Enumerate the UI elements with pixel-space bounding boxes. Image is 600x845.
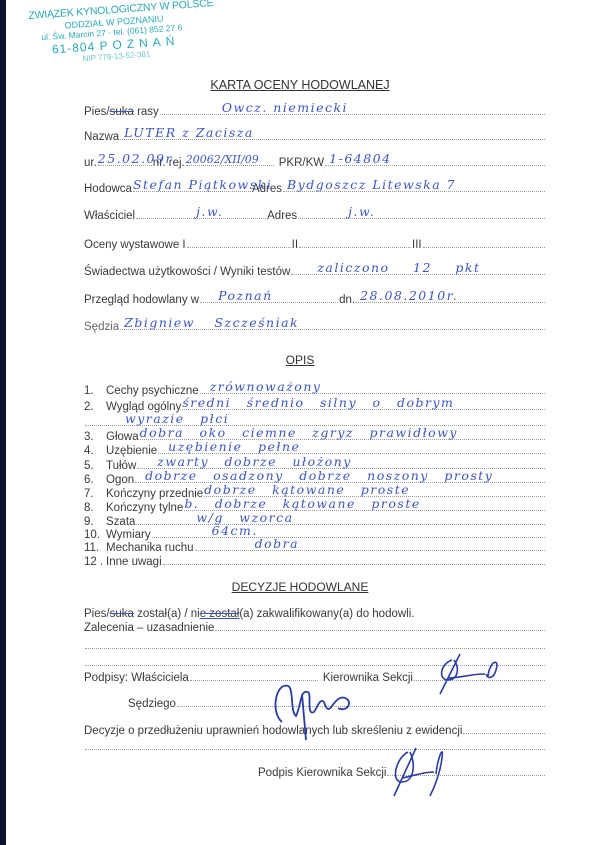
pkr-label: PKR/KW: [279, 157, 324, 169]
breed-label-rest: rasy: [134, 106, 159, 118]
judge-signature-label: Sędziego: [128, 698, 176, 710]
opis-item-value[interactable]: zrównoważony: [210, 379, 322, 394]
opis-item-value[interactable]: średni średnio silny o dobrym: [182, 395, 454, 410]
owner-address-label: Adres: [267, 210, 297, 222]
pkr-value[interactable]: 1-64804: [329, 151, 391, 166]
review-date-value[interactable]: 28.08.2010r.: [360, 288, 458, 303]
opis-item-value[interactable]: zwarty dobrze ułożony: [157, 454, 352, 469]
opis-item-value[interactable]: dobra oko ciemne zgryz prawidłowy: [140, 425, 458, 440]
field-birth-registration: ur. 25.02.09r. nr. rej. 20062/XII/09 PKR…: [84, 153, 546, 169]
recommendations-label: Zalecenia – uzasadnienie: [84, 622, 214, 634]
show-ratings-label: Oceny wystawowe I: [84, 239, 186, 251]
show-rating-3[interactable]: [423, 235, 545, 248]
opis-item-name: Inne uwagi: [106, 556, 162, 568]
decisions-heading: DECYZJE HODOWLANE: [0, 580, 600, 594]
opis-item-number: 2.: [84, 401, 106, 413]
review-label: Przegląd hodowlany w: [84, 294, 199, 306]
signatures-owner-label: Podpisy: Właściciela: [84, 672, 189, 684]
opis-item-value[interactable]: dobrze osadzony dobrze noszony prosty: [145, 468, 493, 483]
opis-item-label: 12 .Inne uwagi: [84, 556, 162, 568]
opis-item-value[interactable]: b. dobrze kątowane proste: [184, 496, 420, 511]
breeder-address-value[interactable]: Bydgoszcz Litewska 7: [287, 177, 456, 192]
name-value[interactable]: LUTER z Zacisza: [124, 125, 254, 140]
organization-stamp: ZWIĄZEK KYNOLOGICZNY W POLSCE ODDZIAŁ W …: [28, 0, 201, 65]
field-certificates: Świadectwa użytkowości / Wyniki testów z…: [84, 262, 546, 278]
page-title: KARTA OCENY HODOWLANEJ: [0, 78, 600, 92]
breed-value[interactable]: Owcz. niemiecki: [222, 100, 348, 115]
opis-item-number: 1.: [84, 385, 106, 397]
opis-item-value[interactable]: wyrazie płci: [125, 411, 229, 426]
opis-item: 12 .Inne uwagi: [84, 552, 546, 568]
show-rating-2[interactable]: [299, 235, 411, 248]
opis-item-value[interactable]: uzębienie pełne: [168, 439, 300, 454]
name-label: Nazwa: [84, 131, 119, 143]
show-ratings-label-3: III: [412, 239, 422, 251]
extension-input[interactable]: [463, 721, 545, 734]
judge-signature-mark: [262, 672, 362, 742]
field-owner: Właściciel j.w. Adres j.w.: [84, 206, 546, 222]
scan-edge: [0, 0, 6, 845]
opis-item-value[interactable]: dobra: [255, 536, 299, 551]
field-breeder: Hodowca Stefan Piątkowski Adres Bydgoszc…: [84, 179, 546, 195]
judge-value[interactable]: Zbigniew Szcześniak: [124, 315, 299, 330]
field-show-ratings: Oceny wystawowe I II III: [84, 235, 546, 251]
certificates-value[interactable]: zaliczono 12 pkt: [317, 260, 480, 275]
breeder-label: Hodowca: [84, 183, 132, 195]
owner-value[interactable]: j.w.: [196, 204, 223, 219]
breed-label: Pies/: [84, 106, 110, 118]
final-signature-mark: [380, 738, 460, 798]
opis-item-value[interactable]: dobrze kątowane proste: [204, 482, 410, 497]
review-date-label: dn.: [339, 294, 355, 306]
show-rating-1[interactable]: [187, 235, 291, 248]
field-review: Przegląd hodowlany w Poznań dn. 28.08.20…: [84, 290, 546, 306]
field-breed: Pies/suka rasy Owcz. niemiecki: [84, 102, 546, 118]
section-head-signature-mark: [430, 650, 510, 695]
opis-item-number: 12 .: [84, 556, 106, 568]
opis-heading: OPIS: [0, 353, 600, 367]
recommendations-input-2[interactable]: [85, 636, 545, 649]
owner-address-value[interactable]: j.w.: [348, 204, 375, 219]
breeder-value[interactable]: Stefan Piątkowski: [133, 177, 272, 192]
breed-label-struck: suka: [110, 106, 134, 118]
certificates-label: Świadectwa użytkowości / Wyniki testów: [84, 266, 290, 278]
field-recommendations: Zalecenia – uzasadnienie: [84, 618, 546, 634]
final-signature-label: Podpis Kierownika Sekcji: [258, 767, 386, 779]
recommendations-input[interactable]: [215, 618, 545, 631]
owner-label: Właściciel: [84, 210, 135, 222]
field-name: Nazwa LUTER z Zacisza: [84, 127, 546, 143]
reg-no-value[interactable]: 20062/XII/09: [186, 153, 259, 166]
review-place-value[interactable]: Poznań: [218, 288, 273, 303]
born-value[interactable]: 25.02.09r.: [98, 151, 177, 166]
opis-item-value[interactable]: 64cm.: [212, 523, 258, 538]
field-judge: Sędzia Zbigniew Szcześniak: [84, 317, 546, 333]
judge-label: Sędzia: [84, 321, 119, 333]
show-ratings-label-2: II: [292, 239, 298, 251]
born-label: ur.: [84, 157, 97, 169]
